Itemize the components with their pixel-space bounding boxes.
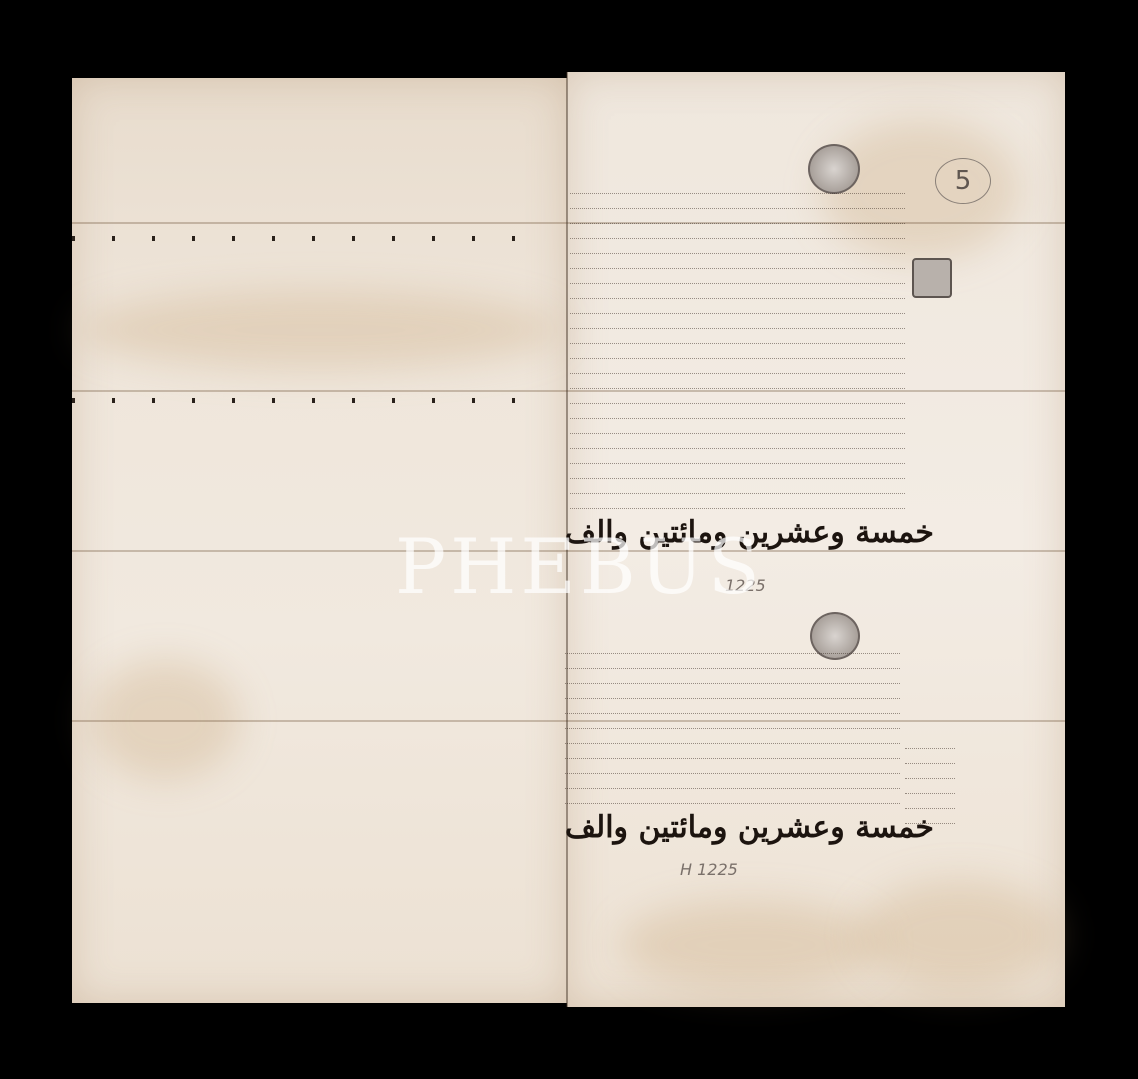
margin-annotation	[940, 230, 1020, 560]
upper-deed-text	[570, 180, 905, 520]
punch-holes	[72, 388, 567, 392]
punch-holes	[72, 226, 567, 230]
left-panel-signature	[510, 285, 546, 375]
watermark: PHEBUS	[395, 522, 764, 611]
water-stain	[620, 900, 880, 990]
water-stain	[80, 290, 560, 370]
lower-deed-text	[565, 640, 900, 810]
fold-line	[72, 222, 1065, 224]
archive-number: 5	[935, 158, 991, 204]
lower-pencil-date: H 1225	[680, 860, 738, 879]
lower-date-calligraphy: خمسة وعشرين ومائتين والف	[565, 810, 934, 845]
lower-margin-note	[905, 735, 955, 885]
water-stain	[860, 880, 1060, 990]
